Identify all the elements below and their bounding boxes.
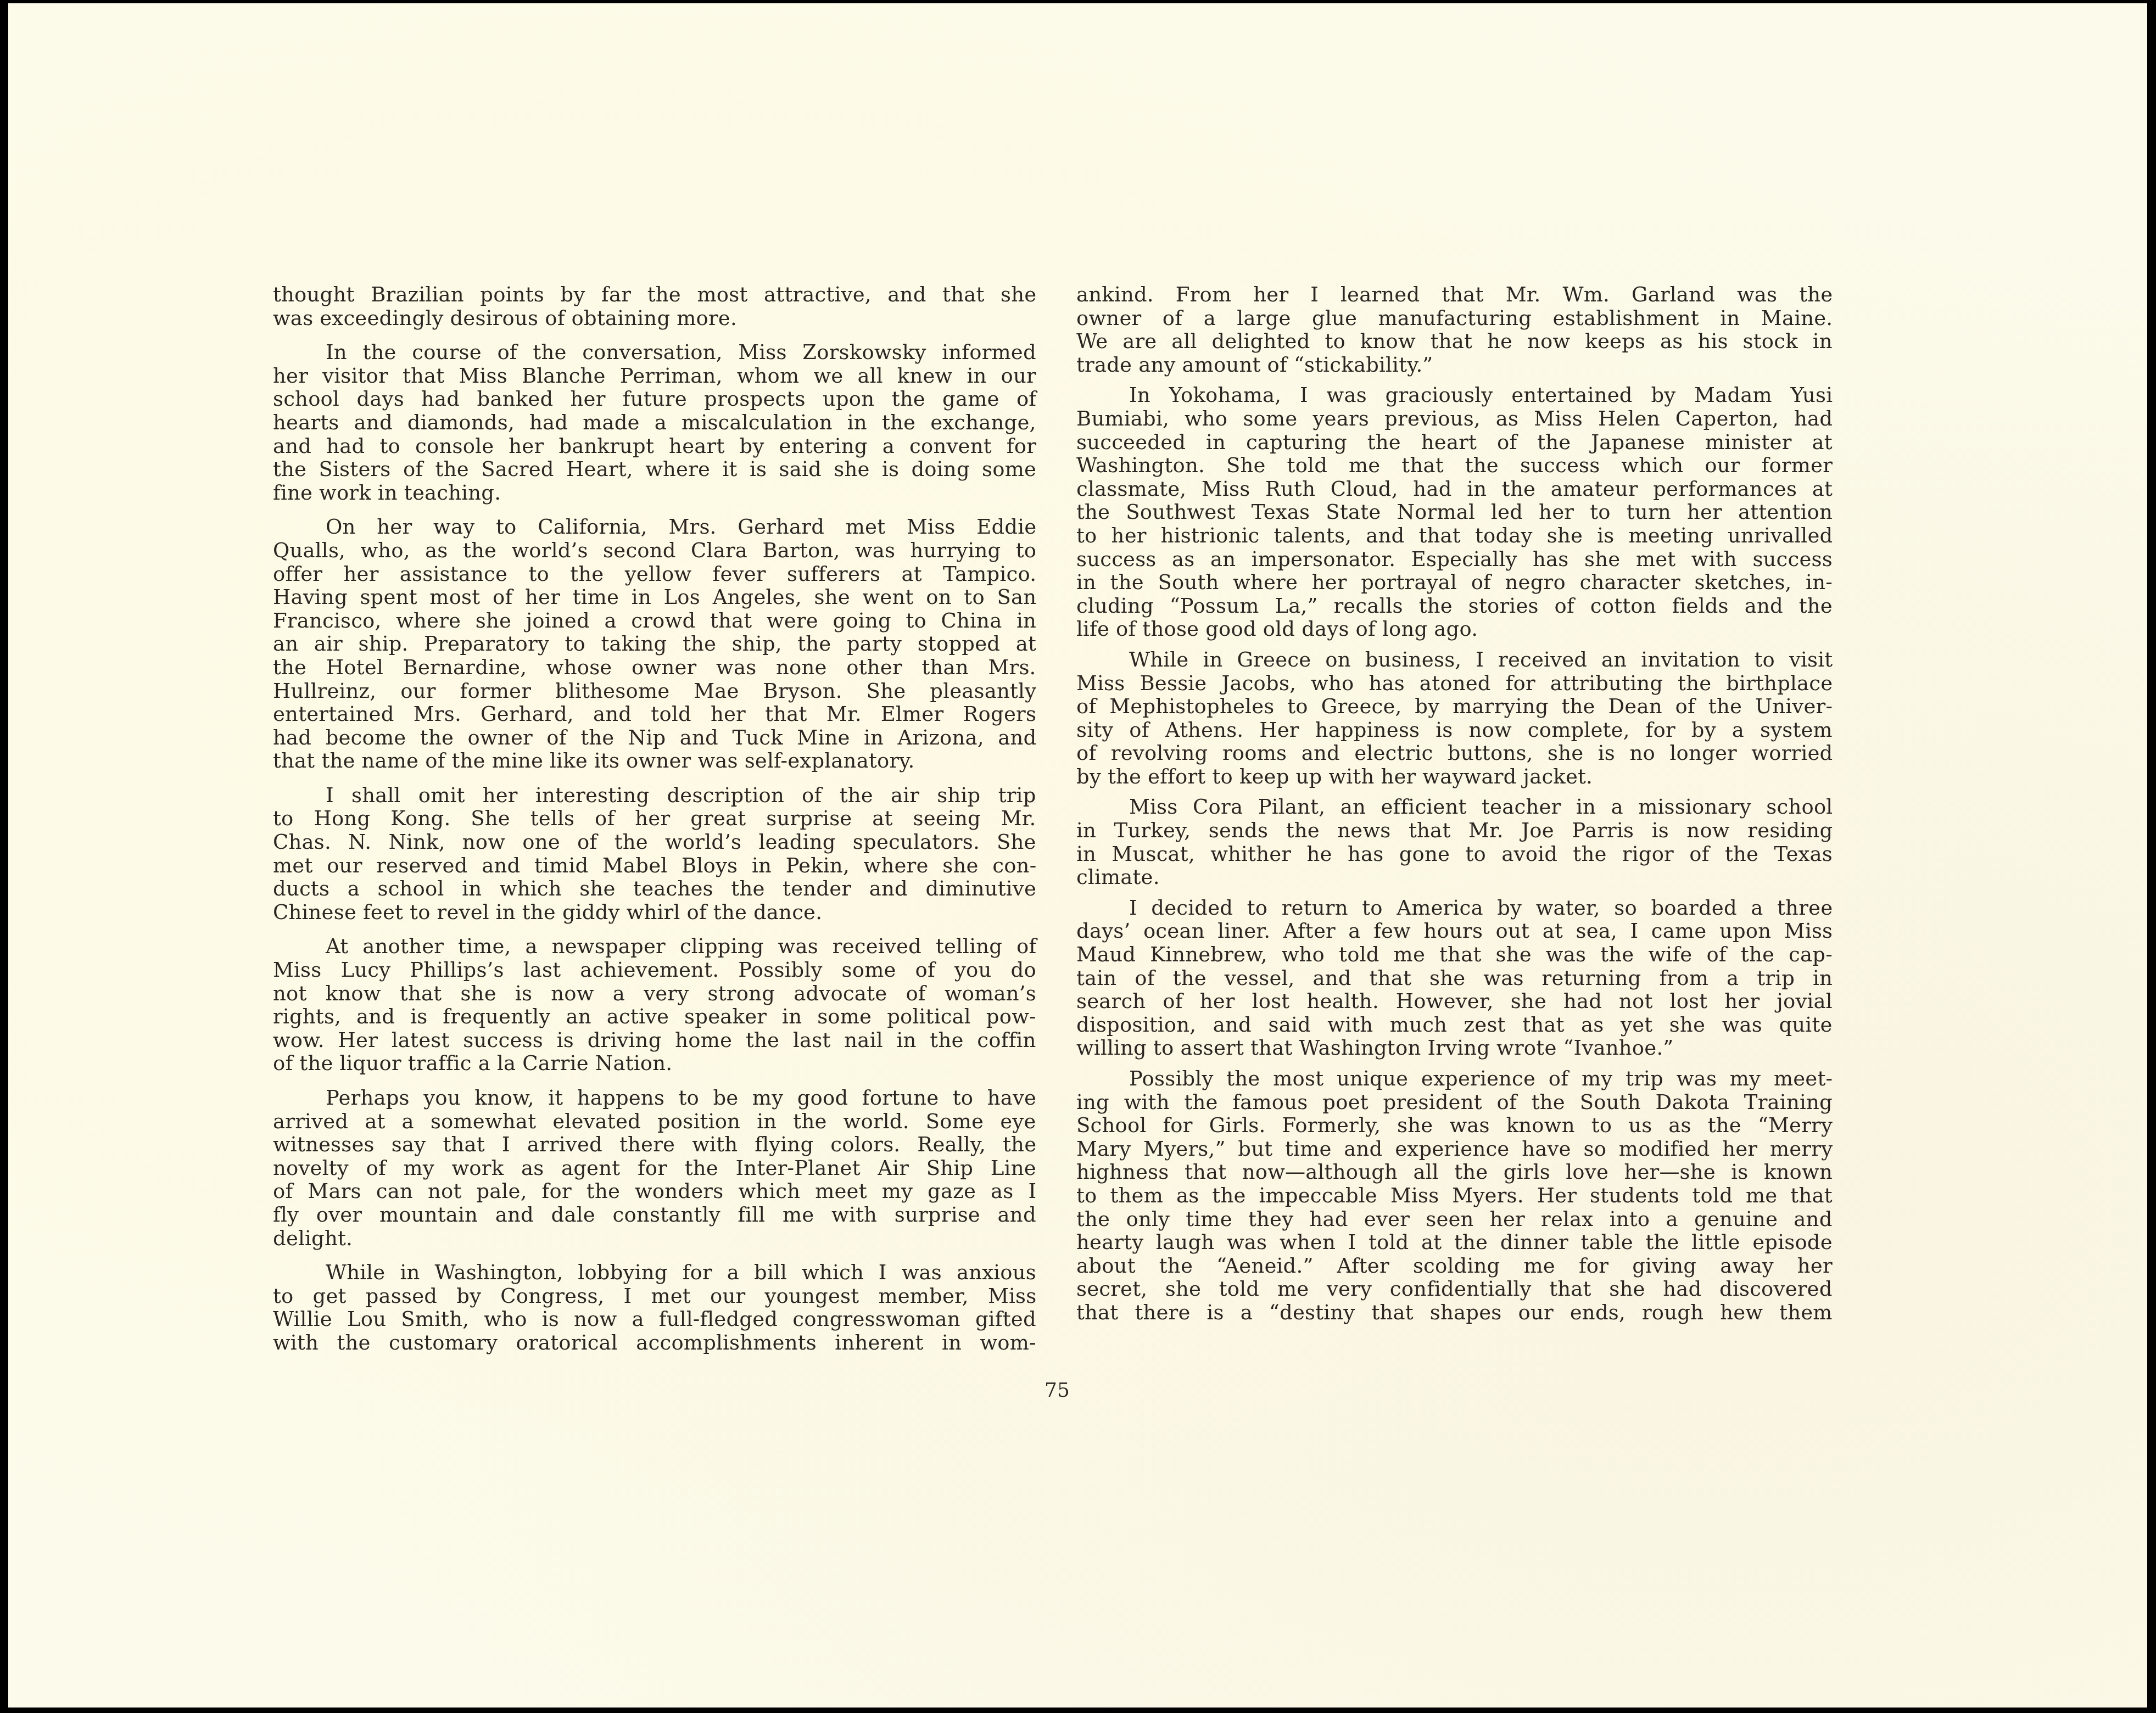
text-line: Maud Kinnebrew, who told me that she was… <box>1076 943 1833 967</box>
text-line: of Mephistopheles to Greece, by marrying… <box>1076 695 1833 719</box>
paragraph: Perhaps you know, it happens to be my go… <box>273 1087 1036 1250</box>
book-page: thought Brazilian points by far the most… <box>8 3 2147 1708</box>
text-line: ducts a school in which she teaches the … <box>273 877 1036 901</box>
text-line: secret, she told me very confidentially … <box>1076 1278 1833 1301</box>
text-line: the Hotel Bernardine, whose owner was no… <box>273 656 1036 680</box>
text-line: not know that she is now a very strong a… <box>273 982 1036 1006</box>
text-line: School for Girls. Formerly, she was know… <box>1076 1114 1833 1138</box>
text-line: Francisco, where she joined a crowd that… <box>273 609 1036 633</box>
text-line: and had to console her bankrupt heart by… <box>273 435 1036 458</box>
text-line: delight. <box>273 1227 1036 1251</box>
text-line: Bumiabi, who some years previous, as Mis… <box>1076 407 1833 431</box>
paragraph: In Yokohama, I was graciously entertaine… <box>1076 384 1833 641</box>
text-line: hearty laugh was when I told at the dinn… <box>1076 1231 1833 1255</box>
text-line: Hullreinz, our former blithesome Mae Bry… <box>273 680 1036 703</box>
text-line: ing with the famous poet president of th… <box>1076 1091 1833 1115</box>
text-line: days’ ocean liner. After a few hours out… <box>1076 920 1833 943</box>
paragraph: ankind. From her I learned that Mr. Wm. … <box>1076 283 1833 377</box>
text-line: the Sisters of the Sacred Heart, where i… <box>273 458 1036 482</box>
text-line: trade any amount of “stickability.” <box>1076 354 1833 377</box>
paragraph: I decided to return to America by water,… <box>1076 897 1833 1060</box>
text-line: an air ship. Preparatory to taking the s… <box>273 632 1036 656</box>
text-line: I decided to return to America by water,… <box>1076 897 1833 920</box>
text-line: in Muscat, whither he has gone to avoid … <box>1076 843 1833 866</box>
text-line: ankind. From her I learned that Mr. Wm. … <box>1076 283 1833 307</box>
text-line: wow. Her latest success is driving home … <box>273 1029 1036 1053</box>
text-line: While in Greece on business, I received … <box>1076 648 1833 672</box>
text-line: of the liquor traffic a la Carrie Nation… <box>273 1052 1036 1076</box>
paragraph: I shall omit her interesting description… <box>273 784 1036 925</box>
text-line: Washington. She told me that the success… <box>1076 454 1833 478</box>
paragraph: At another time, a newspaper clipping wa… <box>273 935 1036 1076</box>
text-line: disposition, and said with much zest tha… <box>1076 1014 1833 1037</box>
paragraph: In the course of the conversation, Miss … <box>273 341 1036 505</box>
text-line: Qualls, who, as the world’s second Clara… <box>273 539 1036 563</box>
text-line: While in Washington, lobbying for a bill… <box>273 1261 1036 1285</box>
text-line: success as an impersonator. Especially h… <box>1076 548 1833 572</box>
text-line: novelty of my work as agent for the Inte… <box>273 1157 1036 1180</box>
text-line: the only time they had ever seen her rel… <box>1076 1208 1833 1231</box>
text-line: met our reserved and timid Mabel Bloys i… <box>273 854 1036 878</box>
left-column: thought Brazilian points by far the most… <box>273 283 1036 1355</box>
text-line: In Yokohama, I was graciously entertaine… <box>1076 384 1833 407</box>
text-line: highness that now—although all the girls… <box>1076 1161 1833 1184</box>
paragraph: thought Brazilian points by far the most… <box>273 283 1036 330</box>
text-line: willing to assert that Washington Irving… <box>1076 1037 1833 1060</box>
text-line: fine work in teaching. <box>273 482 1036 505</box>
text-line: entertained Mrs. Gerhard, and told her t… <box>273 703 1036 726</box>
right-column: ankind. From her I learned that Mr. Wm. … <box>1076 283 1833 1325</box>
text-line: Miss Lucy Phillips’s last achievement. P… <box>273 959 1036 982</box>
paragraph: While in Washington, lobbying for a bill… <box>273 1261 1036 1354</box>
text-line: of Mars can not pale, for the wonders wh… <box>273 1180 1036 1203</box>
text-line: climate. <box>1076 866 1833 889</box>
text-line: Mary Myers,” but time and experience hav… <box>1076 1138 1833 1161</box>
text-line: life of those good old days of long ago. <box>1076 618 1833 641</box>
text-line: We are all delighted to know that he now… <box>1076 330 1833 354</box>
text-line: Chas. N. Nink, now one of the world’s le… <box>273 831 1036 854</box>
text-line: fly over mountain and dale constantly fi… <box>273 1203 1036 1227</box>
paragraph: Miss Cora Pilant, an efficient teacher i… <box>1076 796 1833 889</box>
text-line: to get passed by Congress, I met our you… <box>273 1285 1036 1308</box>
text-line: to Hong Kong. She tells of her great sur… <box>273 807 1036 831</box>
text-line: Willie Lou Smith, who is now a full-fled… <box>273 1308 1036 1331</box>
text-line: in the South where her portrayal of negr… <box>1076 571 1833 595</box>
text-line: Miss Bessie Jacobs, who has atoned for a… <box>1076 672 1833 696</box>
text-line: hearts and diamonds, had made a miscalcu… <box>273 411 1036 435</box>
text-line: witnesses say that I arrived there with … <box>273 1133 1036 1157</box>
text-line: classmate, Miss Ruth Cloud, had in the a… <box>1076 478 1833 501</box>
page-number: 75 <box>1035 1379 1079 1402</box>
text-line: succeeded in capturing the heart of the … <box>1076 431 1833 455</box>
text-line: that there is a “destiny that shapes our… <box>1076 1301 1833 1325</box>
text-line: Miss Cora Pilant, an efficient teacher i… <box>1076 796 1833 819</box>
text-line: had become the owner of the Nip and Tuck… <box>273 726 1036 750</box>
text-line: In the course of the conversation, Miss … <box>273 341 1036 365</box>
text-line: On her way to California, Mrs. Gerhard m… <box>273 516 1036 539</box>
text-line: in Turkey, sends the news that Mr. Joe P… <box>1076 819 1833 843</box>
text-line: Perhaps you know, it happens to be my go… <box>273 1087 1036 1110</box>
text-line: her visitor that Miss Blanche Perriman, … <box>273 365 1036 388</box>
text-line: about the “Aeneid.” After scolding me fo… <box>1076 1255 1833 1278</box>
text-line: I shall omit her interesting description… <box>273 784 1036 808</box>
text-line: that the name of the mine like its owner… <box>273 749 1036 773</box>
text-line: by the effort to keep up with her waywar… <box>1076 765 1833 789</box>
text-line: search of her lost health. However, she … <box>1076 990 1833 1014</box>
text-line: was exceedingly desirous of obtaining mo… <box>273 307 1036 331</box>
text-line: arrived at a somewhat elevated position … <box>273 1110 1036 1134</box>
text-line: to them as the impeccable Miss Myers. He… <box>1076 1184 1833 1208</box>
text-line: tain of the vessel, and that she was ret… <box>1076 967 1833 990</box>
text-line: to her histrionic talents, and that toda… <box>1076 524 1833 548</box>
text-line: Having spent most of her time in Los Ang… <box>273 586 1036 609</box>
text-line: rights, and is frequently an active spea… <box>273 1005 1036 1029</box>
text-line: sity of Athens. Her happiness is now com… <box>1076 719 1833 742</box>
paragraph: While in Greece on business, I received … <box>1076 648 1833 789</box>
paragraph: On her way to California, Mrs. Gerhard m… <box>273 516 1036 773</box>
text-line: At another time, a newspaper clipping wa… <box>273 935 1036 959</box>
text-line: offer her assistance to the yellow fever… <box>273 563 1036 586</box>
text-line: with the customary oratorical accomplish… <box>273 1331 1036 1355</box>
paragraph: Possibly the most unique experience of m… <box>1076 1067 1833 1325</box>
text-line: Possibly the most unique experience of m… <box>1076 1067 1833 1091</box>
text-line: owner of a large glue manufacturing esta… <box>1076 307 1833 331</box>
text-line: Chinese feet to revel in the giddy whirl… <box>273 901 1036 925</box>
text-line: school days had banked her future prospe… <box>273 388 1036 411</box>
text-line: cluding “Possum La,” recalls the stories… <box>1076 595 1833 618</box>
text-line: of revolving rooms and electric buttons,… <box>1076 742 1833 765</box>
text-line: thought Brazilian points by far the most… <box>273 283 1036 307</box>
text-line: the Southwest Texas State Normal led her… <box>1076 501 1833 524</box>
